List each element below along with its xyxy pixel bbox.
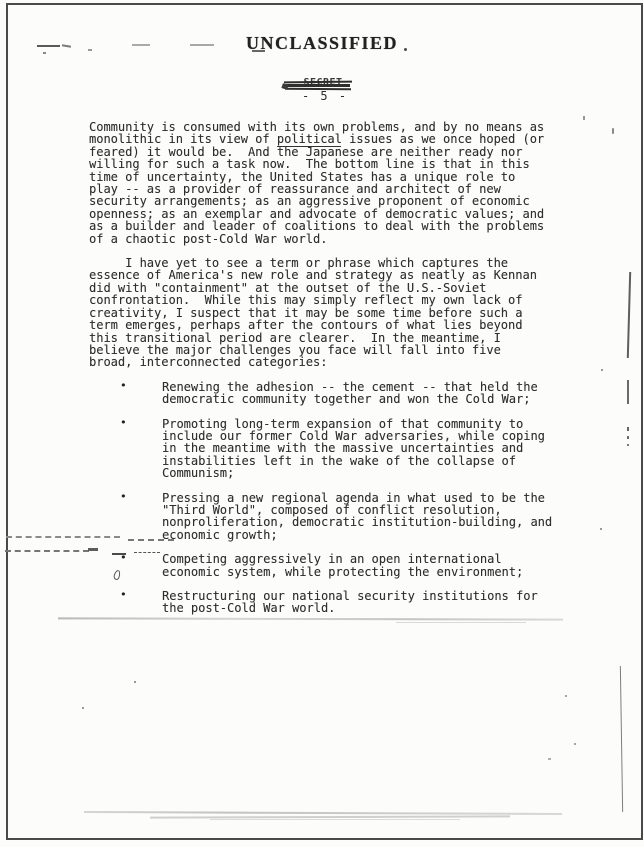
paragraph: I have yet to see a term or phrase which… xyxy=(89,257,569,369)
document-body: Community is consumed with its own probl… xyxy=(89,121,569,627)
bullet-text: Pressing a new regional agenda in what u… xyxy=(162,492,569,542)
scan-artifact xyxy=(601,369,603,371)
scan-artifact xyxy=(5,550,89,552)
bullet-item: • Pressing a new regional agenda in what… xyxy=(89,492,569,542)
bullet-icon: • xyxy=(120,417,127,429)
word-underline-political xyxy=(277,146,341,147)
scan-artifact xyxy=(210,819,460,820)
strikeout-mark xyxy=(286,84,350,87)
scan-artifact xyxy=(548,758,551,760)
bullet-icon: • xyxy=(120,552,127,564)
bullet-text: Renewing the adhesion -- the cement -- t… xyxy=(162,381,569,406)
scan-artifact xyxy=(565,695,567,697)
bullet-item: • Renewing the adhesion -- the cement --… xyxy=(89,381,569,406)
bullet-icon: • xyxy=(120,380,127,392)
scan-artifact xyxy=(620,666,623,812)
classification-header: UNCLASSIFIED xyxy=(0,33,644,54)
bullet-item: • Promoting long-term expansion of that … xyxy=(89,418,569,480)
scan-artifact xyxy=(84,811,562,815)
bullet-list: • Renewing the adhesion -- the cement --… xyxy=(89,381,569,615)
scan-artifact xyxy=(583,116,585,120)
bullet-item: • Competing aggressively in an open inte… xyxy=(89,553,569,578)
scan-artifact xyxy=(574,743,576,745)
bullet-icon: • xyxy=(120,589,127,601)
scan-artifact xyxy=(612,128,614,134)
scan-artifact xyxy=(627,272,631,358)
scan-artifact xyxy=(627,444,629,446)
bullet-item: • Restructuring our national security in… xyxy=(89,590,569,615)
scan-artifact xyxy=(627,427,629,431)
scan-artifact xyxy=(600,528,602,530)
scan-artifact xyxy=(150,815,510,818)
paragraph: Community is consumed with its own probl… xyxy=(89,121,569,245)
bullet-icon: • xyxy=(120,491,127,503)
scan-artifact xyxy=(627,380,629,404)
scan-artifact xyxy=(627,436,629,439)
bullet-text: Restructuring our national security inst… xyxy=(162,590,569,615)
page-number: - 5 - xyxy=(295,89,355,103)
scan-artifact xyxy=(82,707,84,709)
scan-artifact xyxy=(134,681,136,683)
document-page: UNCLASSIFIED SECRET - 5 - Community is c… xyxy=(0,0,644,847)
bullet-text: Promoting long-term expansion of that co… xyxy=(162,418,569,480)
bullet-text: Competing aggressively in an open intern… xyxy=(162,553,569,578)
